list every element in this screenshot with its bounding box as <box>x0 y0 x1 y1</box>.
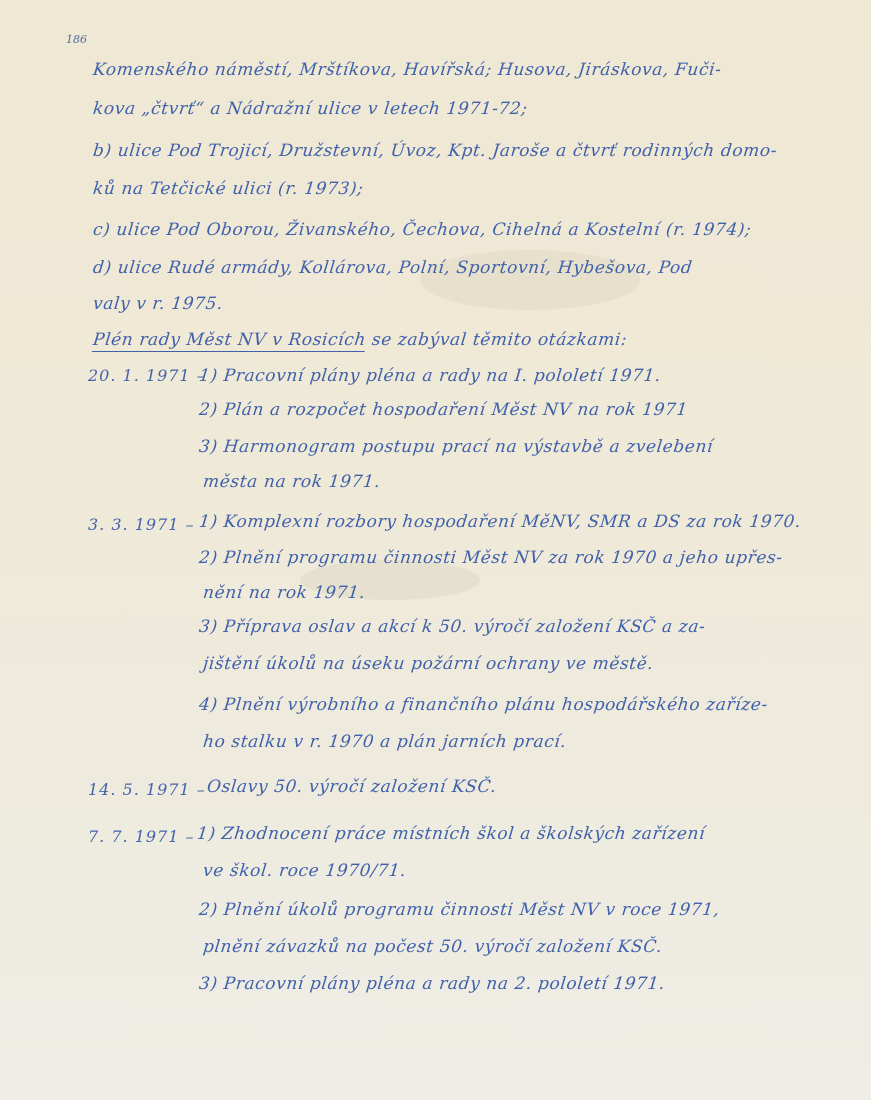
entry-item: 3) Příprava oslav a akcí k 50. výročí za… <box>198 617 707 637</box>
heading-underlined: Plén rady Měst NV v Rosicích <box>92 330 367 350</box>
text-line: valy v r. 1975. <box>92 294 224 314</box>
heading-rest: se zabýval těmito otázkami: <box>365 330 628 350</box>
page-number: 186 <box>66 33 87 46</box>
entry-item: 3) Pracovní plány pléna a rady na 2. pol… <box>198 974 666 994</box>
entry-item: nění na rok 1971. <box>202 583 366 603</box>
entry-item: 1) Pracovní plány pléna a rady na I. pol… <box>198 366 662 386</box>
entry-item: Oslavy 50. výročí založení KSČ. <box>206 777 498 797</box>
entry-item: 1) Zhodnocení práce místních škol a škol… <box>196 824 706 844</box>
text-line: d) ulice Rudé armády, Kollárova, Polní, … <box>92 258 693 278</box>
text-line: b) ulice Pod Trojicí, Družstevní, Úvoz, … <box>92 141 778 161</box>
entry-date: 14. 5. 1971 – <box>88 780 206 799</box>
entry-date: 20. 1. 1971 – <box>88 366 206 385</box>
entry-item: 2) Plnění úkolů programu činnosti Měst N… <box>198 900 721 920</box>
entry-item: 4) Plnění výrobního a finančního plánu h… <box>198 695 769 715</box>
section-heading: Plén rady Měst NV v Rosicích se zabýval … <box>92 330 628 350</box>
entry-item: ve škol. roce 1970/71. <box>202 861 407 881</box>
entry-item: města na rok 1971. <box>202 472 381 492</box>
entry-date: 7. 7. 1971 – <box>88 827 195 846</box>
entry-item: jištění úkolů na úseku požární ochrany v… <box>202 654 654 674</box>
entry-date: 3. 3. 1971 – <box>88 515 195 534</box>
entry-item: 2) Plán a rozpočet hospodaření Měst NV n… <box>198 400 689 420</box>
entry-item: plnění závazků na počest 50. výročí zalo… <box>202 937 663 957</box>
entry-item: 2) Plnění programu činnosti Měst NV za r… <box>198 548 784 568</box>
handwritten-chronicle-page: 186 Komenského náměstí, Mrštíkova, Havíř… <box>0 0 871 1100</box>
entry-item: ho stalku v r. 1970 a plán jarních prací… <box>202 732 567 752</box>
text-line: kova „čtvrť“ a Nádražní ulice v letech 1… <box>92 99 529 119</box>
text-line: ků na Tetčické ulici (r. 1973); <box>92 179 365 199</box>
text-line: c) ulice Pod Oborou, Živanského, Čechova… <box>92 220 752 240</box>
entry-item: 3) Harmonogram postupu prací na výstavbě… <box>198 437 714 457</box>
entry-item: 1) Komplexní rozbory hospodaření MěNV, S… <box>198 512 802 532</box>
text-line: Komenského náměstí, Mrštíkova, Havířská;… <box>92 60 723 80</box>
